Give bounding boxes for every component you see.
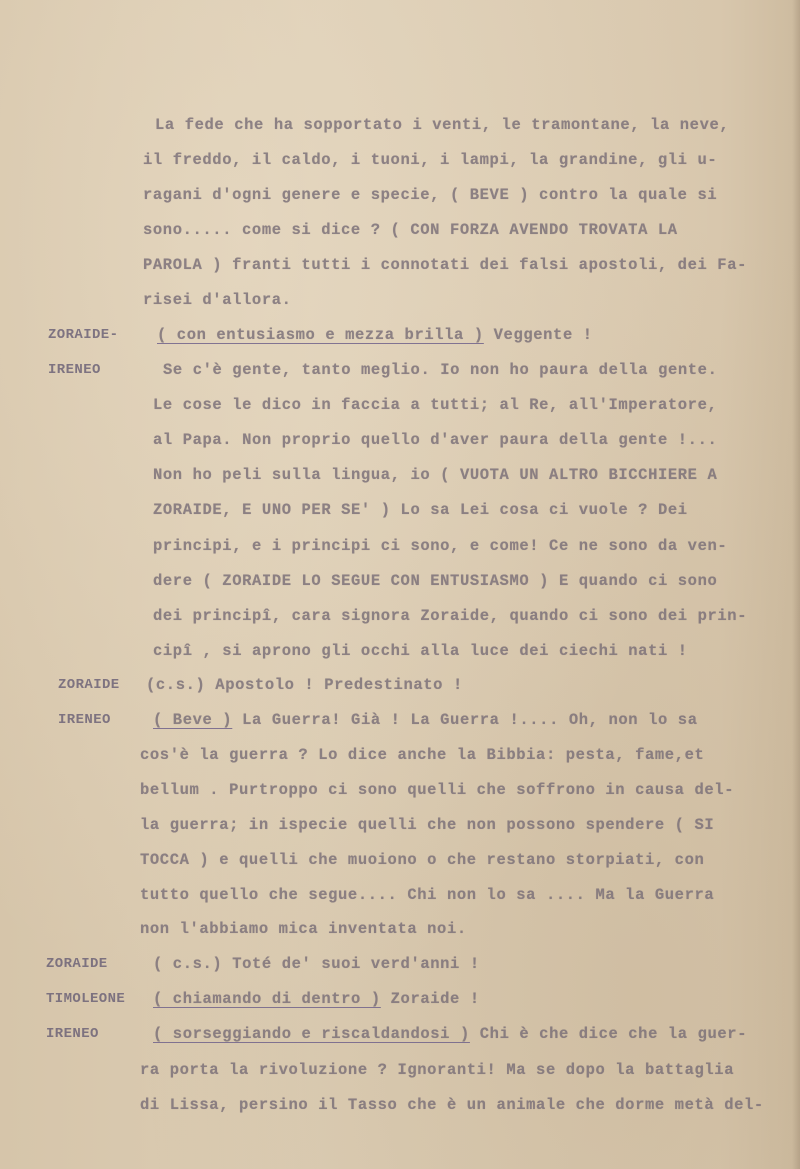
script-line: ( sorseggiando e riscaldandosi ) Chi è c… (153, 1025, 747, 1043)
stage-direction: ( chiamando di dentro ) (153, 990, 381, 1008)
script-line: la guerra; in ispecie quelli che non pos… (140, 816, 714, 834)
dialogue-text: La Guerra! Già ! La Guerra !.... Oh, non… (232, 711, 697, 729)
script-line: Non ho peli sulla lingua, io ( VUOTA UN … (153, 466, 717, 484)
script-line: cipî , si aprono gli occhi alla luce dei… (153, 642, 688, 660)
script-line: sono..... come si dice ? ( CON FORZA AVE… (143, 221, 678, 239)
speaker-name: IRENEO (58, 712, 111, 728)
script-line: La fede che ha sopportato i venti, le tr… (155, 116, 729, 134)
script-line: ( Beve ) La Guerra! Già ! La Guerra !...… (153, 711, 698, 729)
script-line: ( chiamando di dentro ) Zoraide ! (153, 990, 480, 1008)
script-line: ( con entusiasmo e mezza brilla ) Veggen… (157, 326, 593, 344)
dialogue-text: Veggente ! (484, 326, 593, 344)
speaker-name: TIMOLEONE (46, 991, 125, 1007)
script-line: ragani d'ogni genere e specie, ( BEVE ) … (143, 186, 717, 204)
script-line: dere ( ZORAIDE LO SEGUE CON ENTUSIASMO )… (153, 572, 717, 590)
dialogue-text: Zoraide ! (381, 990, 480, 1008)
stage-direction: ( con entusiasmo e mezza brilla ) (157, 326, 484, 344)
script-line: PAROLA ) franti tutti i connotati dei fa… (143, 256, 747, 274)
script-line: di Lissa, persino il Tasso che è un anim… (140, 1096, 764, 1114)
script-line: tutto quello che segue.... Chi non lo sa… (140, 886, 714, 904)
speaker-name: ZORAIDE (58, 677, 120, 693)
script-line: Se c'è gente, tanto meglio. Io non ho pa… (163, 361, 717, 379)
speaker-name: IRENEO (48, 362, 101, 378)
stage-direction: ( sorseggiando e riscaldandosi ) (153, 1025, 470, 1043)
script-line: il freddo, il caldo, i tuoni, i lampi, l… (143, 151, 717, 169)
typewritten-script-page: La fede che ha sopportato i venti, le tr… (0, 0, 800, 1169)
script-line: ra porta la rivoluzione ? Ignoranti! Ma … (140, 1061, 734, 1079)
script-line: principi, e i principi ci sono, e come! … (153, 537, 727, 555)
stage-direction: ( Beve ) (153, 711, 232, 729)
speaker-name: ZORAIDE- (48, 327, 118, 343)
script-line: cos'è la guerra ? Lo dice anche la Bibbi… (140, 746, 704, 764)
script-line: non l'abbiamo mica inventata noi. (140, 920, 467, 938)
script-line: Le cose le dico in faccia a tutti; al Re… (153, 396, 717, 414)
dialogue-text: Chi è che dice che la guer- (470, 1025, 747, 1043)
script-line: (c.s.) Apostolo ! Predestinato ! (146, 676, 463, 694)
script-line: ZORAIDE, E UNO PER SE' ) Lo sa Lei cosa … (153, 501, 688, 519)
speaker-name: ZORAIDE (46, 956, 108, 972)
script-line: bellum . Purtroppo ci sono quelli che so… (140, 781, 734, 799)
script-line: risei d'allora. (143, 291, 292, 309)
script-line: TOCCA ) e quelli che muoiono o che resta… (140, 851, 704, 869)
speaker-name: IRENEO (46, 1026, 99, 1042)
script-line: ( c.s.) Toté de' suoi verd'anni ! (153, 955, 480, 973)
script-line: dei principî, cara signora Zoraide, quan… (153, 607, 747, 625)
script-line: al Papa. Non proprio quello d'aver paura… (153, 431, 717, 449)
